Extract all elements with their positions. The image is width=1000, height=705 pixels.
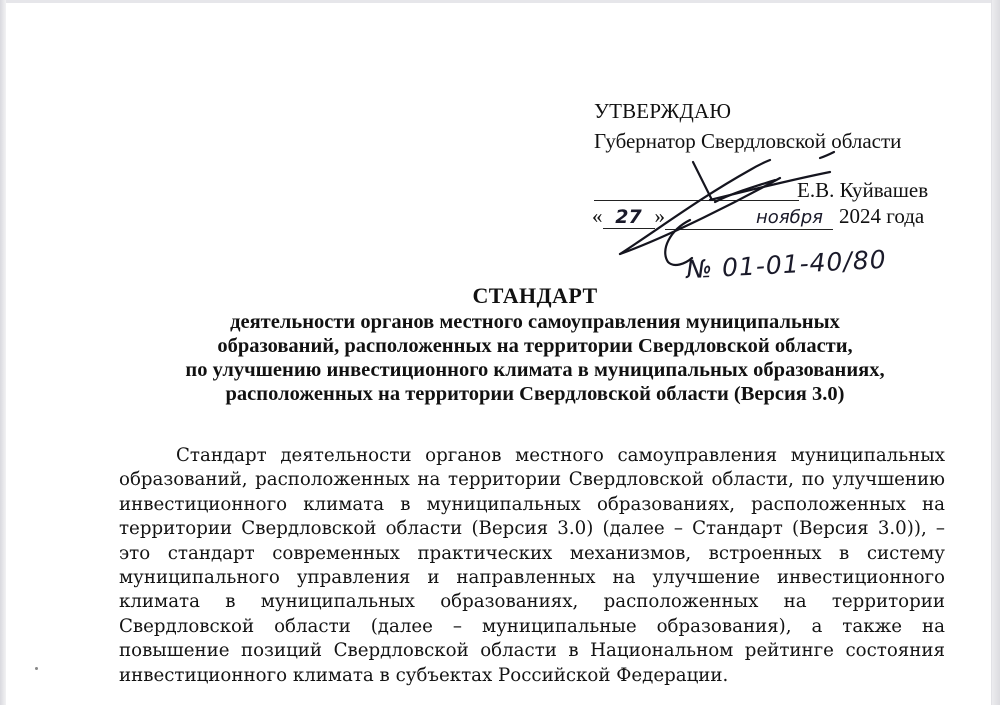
registration-number: № 01-01-40/80 [685, 245, 887, 284]
date-day: 27 [603, 206, 655, 229]
title-subtitle-line: образований, расположенных на территории… [120, 334, 950, 358]
signer-name: Е.В. Куйвашев [797, 176, 928, 204]
page-edge-right [991, 0, 1000, 705]
document-title: СТАНДАРТ деятельности органов местного с… [120, 281, 950, 406]
approval-role: Губернатор Свердловской области [594, 126, 901, 156]
page-edge-top [0, 0, 1000, 3]
date-month: ноября [665, 207, 833, 230]
body-paragraph: Стандарт деятельности органов местного с… [119, 444, 945, 688]
title-main: СТАНДАРТ [120, 281, 950, 310]
scan-speck [35, 667, 38, 670]
approval-title: УТВЕРЖДАЮ [594, 96, 901, 126]
title-subtitle-line: деятельности органов местного самоуправл… [120, 310, 950, 334]
date-year: 2024 года [839, 204, 924, 228]
title-subtitle-line: расположенных на территории Свердловской… [120, 382, 950, 406]
date-close-quote: » [655, 201, 666, 231]
title-subtitle-line: по улучшению инвестиционного климата в м… [120, 358, 950, 382]
approval-date: «27»ноября2024 года [592, 201, 924, 231]
date-open-quote: « [592, 201, 603, 231]
page-edge-left [0, 0, 6, 705]
approval-block: УТВЕРЖДАЮ Губернатор Свердловской област… [594, 96, 901, 156]
